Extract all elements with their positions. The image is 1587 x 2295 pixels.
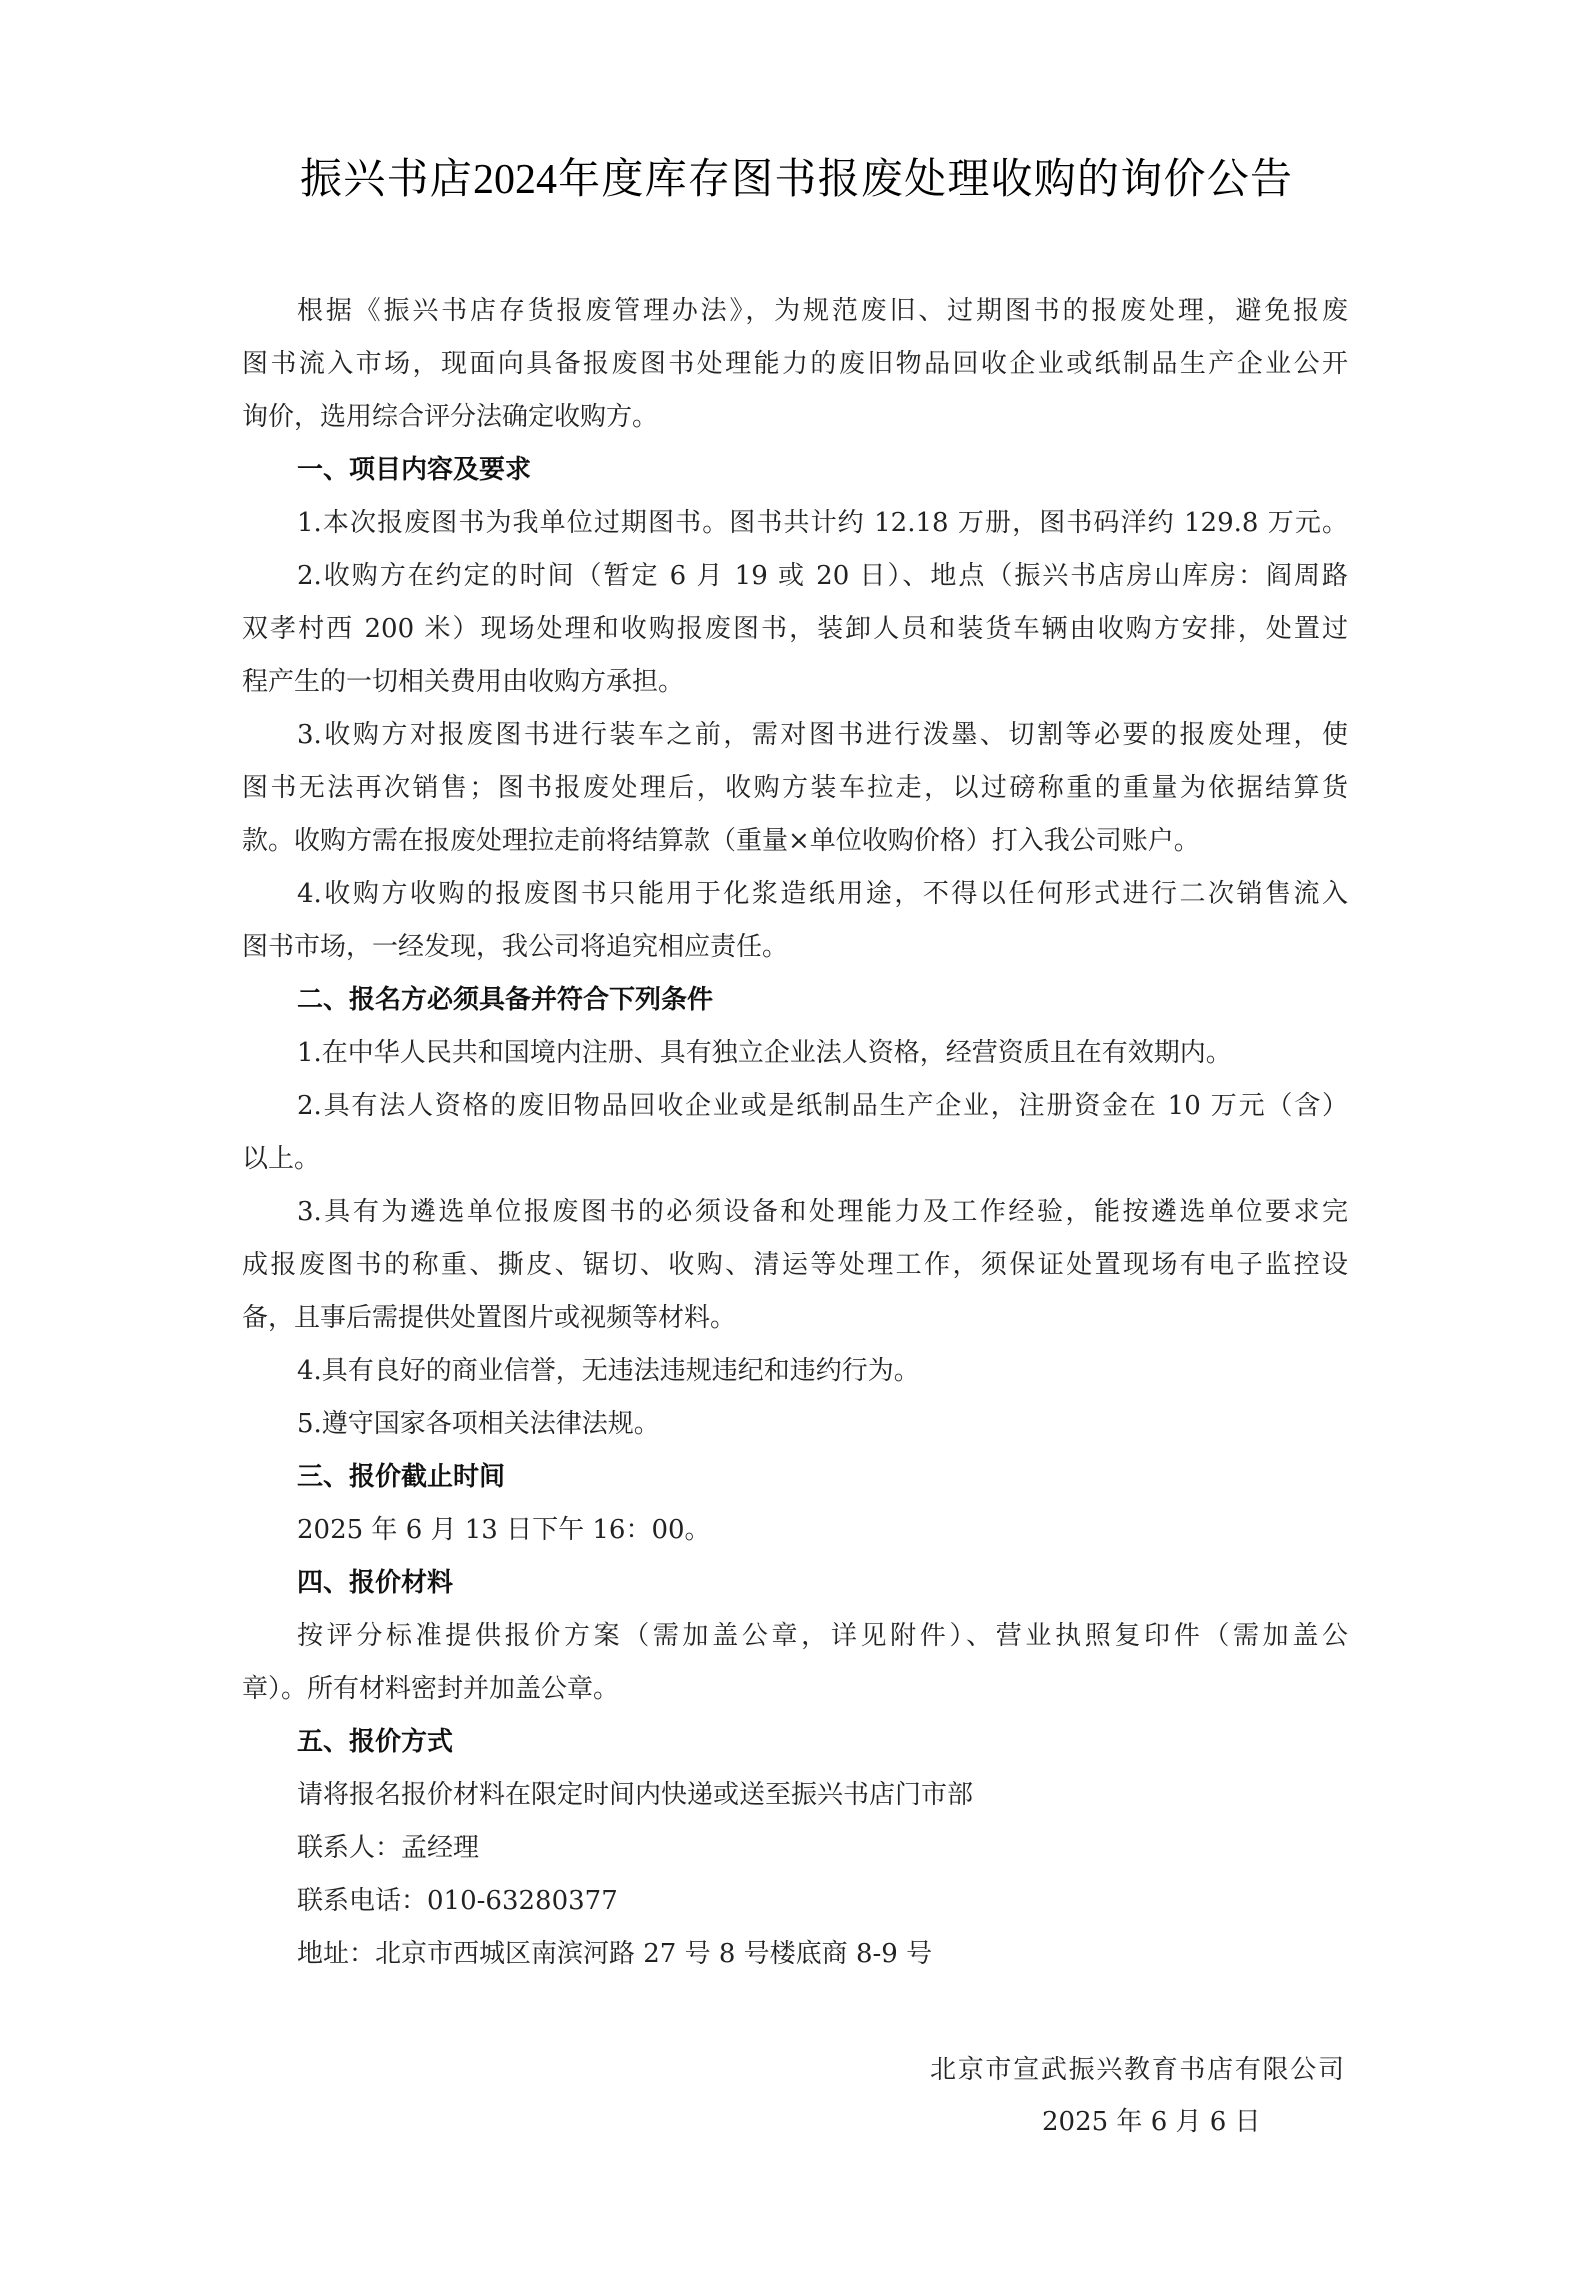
section-2-item-3-line: 成报废图书的称重、撕皮、锯切、收购、清运等处理工作，须保证处置现场有电子监控设 bbox=[242, 1239, 1348, 1292]
section-heading: 四、报价材料 bbox=[242, 1557, 1348, 1610]
document-body: 根据《振兴书店存货报废管理办法》，为规范废旧、过期图书的报废处理，避免报废 图书… bbox=[242, 285, 1348, 1981]
section-2-item-2-line: 以上。 bbox=[242, 1133, 1348, 1186]
section-2-item-3-line: 3.具有为遴选单位报废图书的必须设备和处理能力及工作经验，能按遴选单位要求完 bbox=[242, 1186, 1348, 1239]
contact-person: 联系人：孟经理 bbox=[242, 1822, 1348, 1875]
section-1-item-4-line: 图书市场，一经发现，我公司将追究相应责任。 bbox=[242, 921, 1348, 974]
page-title: 振兴书店2024年度库存图书报废处理收购的询价公告 bbox=[300, 152, 1292, 208]
contact-phone: 联系电话：010-63280377 bbox=[242, 1875, 1348, 1928]
section-heading: 五、报价方式 bbox=[242, 1716, 1348, 1769]
section-heading: 二、报名方必须具备并符合下列条件 bbox=[242, 974, 1348, 1027]
materials-line: 按评分标准提供报价方案（需加盖公章，详见附件）、营业执照复印件（需加盖公 bbox=[242, 1610, 1348, 1663]
section-1-item-1-line: 1.本次报废图书为我单位过期图书。图书共计约 12.18 万册，图书码洋约 12… bbox=[242, 497, 1348, 550]
contact-address: 地址：北京市西城区南滨河路 27 号 8 号楼底商 8-9 号 bbox=[242, 1928, 1348, 1981]
deadline-text: 2025 年 6 月 13 日下午 16：00。 bbox=[242, 1504, 1348, 1557]
intro-line: 图书流入市场，现面向具备报废图书处理能力的废旧物品回收企业或纸制品生产企业公开 bbox=[242, 338, 1348, 391]
section-1-item-3-line: 款。收购方需在报废处理拉走前将结算款（重量×单位收购价格）打入我公司账户。 bbox=[242, 815, 1348, 868]
section-1-item-4-line: 4.收购方收购的报废图书只能用于化浆造纸用途，不得以任何形式进行二次销售流入 bbox=[242, 868, 1348, 921]
section-2-item-3-line: 备，且事后需提供处置图片或视频等材料。 bbox=[242, 1292, 1348, 1345]
section-1-item-2-line: 双孝村西 200 米）现场处理和收购报废图书，装卸人员和装货车辆由收购方安排，处… bbox=[242, 603, 1348, 656]
section-2-item-5-line: 5.遵守国家各项相关法律法规。 bbox=[242, 1398, 1348, 1451]
section-2-item-4-line: 4.具有良好的商业信誉，无违法违规违纪和违约行为。 bbox=[242, 1345, 1348, 1398]
intro-line: 根据《振兴书店存货报废管理办法》，为规范废旧、过期图书的报废处理，避免报废 bbox=[242, 285, 1348, 338]
section-1-item-3-line: 图书无法再次销售；图书报废处理后，收购方装车拉走，以过磅称重的重量为依据结算货 bbox=[242, 762, 1348, 815]
section-heading: 三、报价截止时间 bbox=[242, 1451, 1348, 1504]
submission-method: 请将报名报价材料在限定时间内快递或送至振兴书店门市部 bbox=[242, 1769, 1348, 1822]
signature-company: 北京市宣武振兴教育书店有限公司 bbox=[930, 2048, 1344, 2092]
section-2-item-2-line: 2.具有法人资格的废旧物品回收企业或是纸制品生产企业，注册资金在 10 万元（含… bbox=[242, 1080, 1348, 1133]
signature-date: 2025 年 6 月 6 日 bbox=[1042, 2100, 1242, 2144]
document-page: 振兴书店2024年度库存图书报废处理收购的询价公告 根据《振兴书店存货报废管理办… bbox=[0, 0, 1587, 2295]
section-1-item-2-line: 2.收购方在约定的时间（暂定 6 月 19 或 20 日）、地点（振兴书店房山库… bbox=[242, 550, 1348, 603]
section-1-item-3-line: 3.收购方对报废图书进行装车之前，需对图书进行泼墨、切割等必要的报废处理，使 bbox=[242, 709, 1348, 762]
intro-line: 询价，选用综合评分法确定收购方。 bbox=[242, 391, 1348, 444]
section-1-item-2-line: 程产生的一切相关费用由收购方承担。 bbox=[242, 656, 1348, 709]
materials-line: 章）。所有材料密封并加盖公章。 bbox=[242, 1663, 1348, 1716]
section-2-item-1-line: 1.在中华人民共和国境内注册、具有独立企业法人资格，经营资质且在有效期内。 bbox=[242, 1027, 1348, 1080]
section-heading: 一、项目内容及要求 bbox=[242, 444, 1348, 497]
